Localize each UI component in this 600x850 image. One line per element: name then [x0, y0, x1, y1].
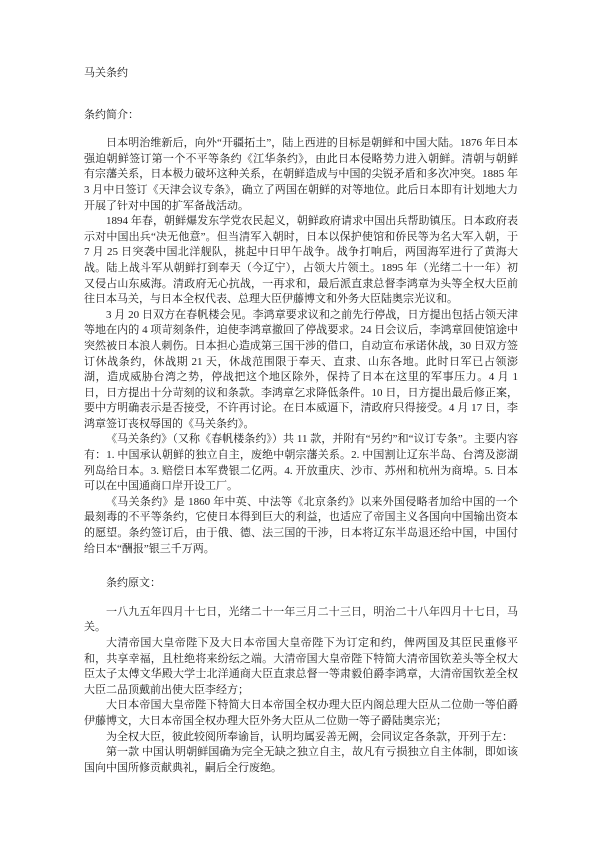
section-heading-intro: 条约简介：: [84, 108, 518, 124]
section-heading-original: 条约原文：: [84, 576, 518, 592]
section-intro: 条约简介： 日本明治维新后，向外“开疆拓土”，陆上西进的目标是朝鲜和中国大陆。1…: [84, 108, 518, 558]
document-page: 马关条约 条约简介： 日本明治维新后，向外“开疆拓土”，陆上西进的目标是朝鲜和中…: [0, 0, 600, 850]
original-paragraph-1: 一八九五年四月十七日，光绪二十一年三月二十三日，明治二十八年四月十七日，马关。: [84, 605, 518, 636]
document-title: 马关条约: [84, 66, 518, 82]
intro-paragraph-2: 1894 年春，朝鲜爆发东学党农民起义，朝鲜政府请求中国出兵帮助镇压。日本政府表…: [84, 214, 518, 308]
original-paragraph-2: 大清帝国大皇帝陛下及大日本帝国大皇帝陛下为订定和约，俾两国及其臣民重修平和，共享…: [84, 636, 518, 698]
intro-paragraph-5: 《马关条约》是 1860 年中英、中法等《北京条约》以来外国侵略者加给中国的一个…: [84, 495, 518, 557]
section-original-text: 条约原文： 一八九五年四月十七日，光绪二十一年三月二十三日，明治二十八年四月十七…: [84, 576, 518, 776]
original-paragraph-5: 第一款 中国认明朝鲜国确为完全无缺之独立自主，故凡有亏损独立自主体制，即如该国向…: [84, 745, 518, 776]
intro-paragraph-4: 《马关条约》（又称《春帆楼条约》）共 11 款，并附有“另约”和“议订专条”。主…: [84, 432, 518, 494]
original-paragraph-4: 为全权大臣，彼此较阅所奉谕旨，认明均属妥善无阙，会同议定各条款，开列于左：: [84, 730, 518, 746]
original-paragraph-3: 大日本帝国大皇帝陛下特简大日本帝国全权办理大臣内阁总理大臣从二位勋一等伯爵伊藤博…: [84, 698, 518, 729]
intro-paragraph-3: 3 月 20 日双方在春帆楼会见。李鸿章要求议和之前先行停战，日方提出包括占领天…: [84, 308, 518, 433]
intro-paragraph-1: 日本明治维新后，向外“开疆拓土”，陆上西进的目标是朝鲜和中国大陆。1876 年日…: [84, 136, 518, 214]
